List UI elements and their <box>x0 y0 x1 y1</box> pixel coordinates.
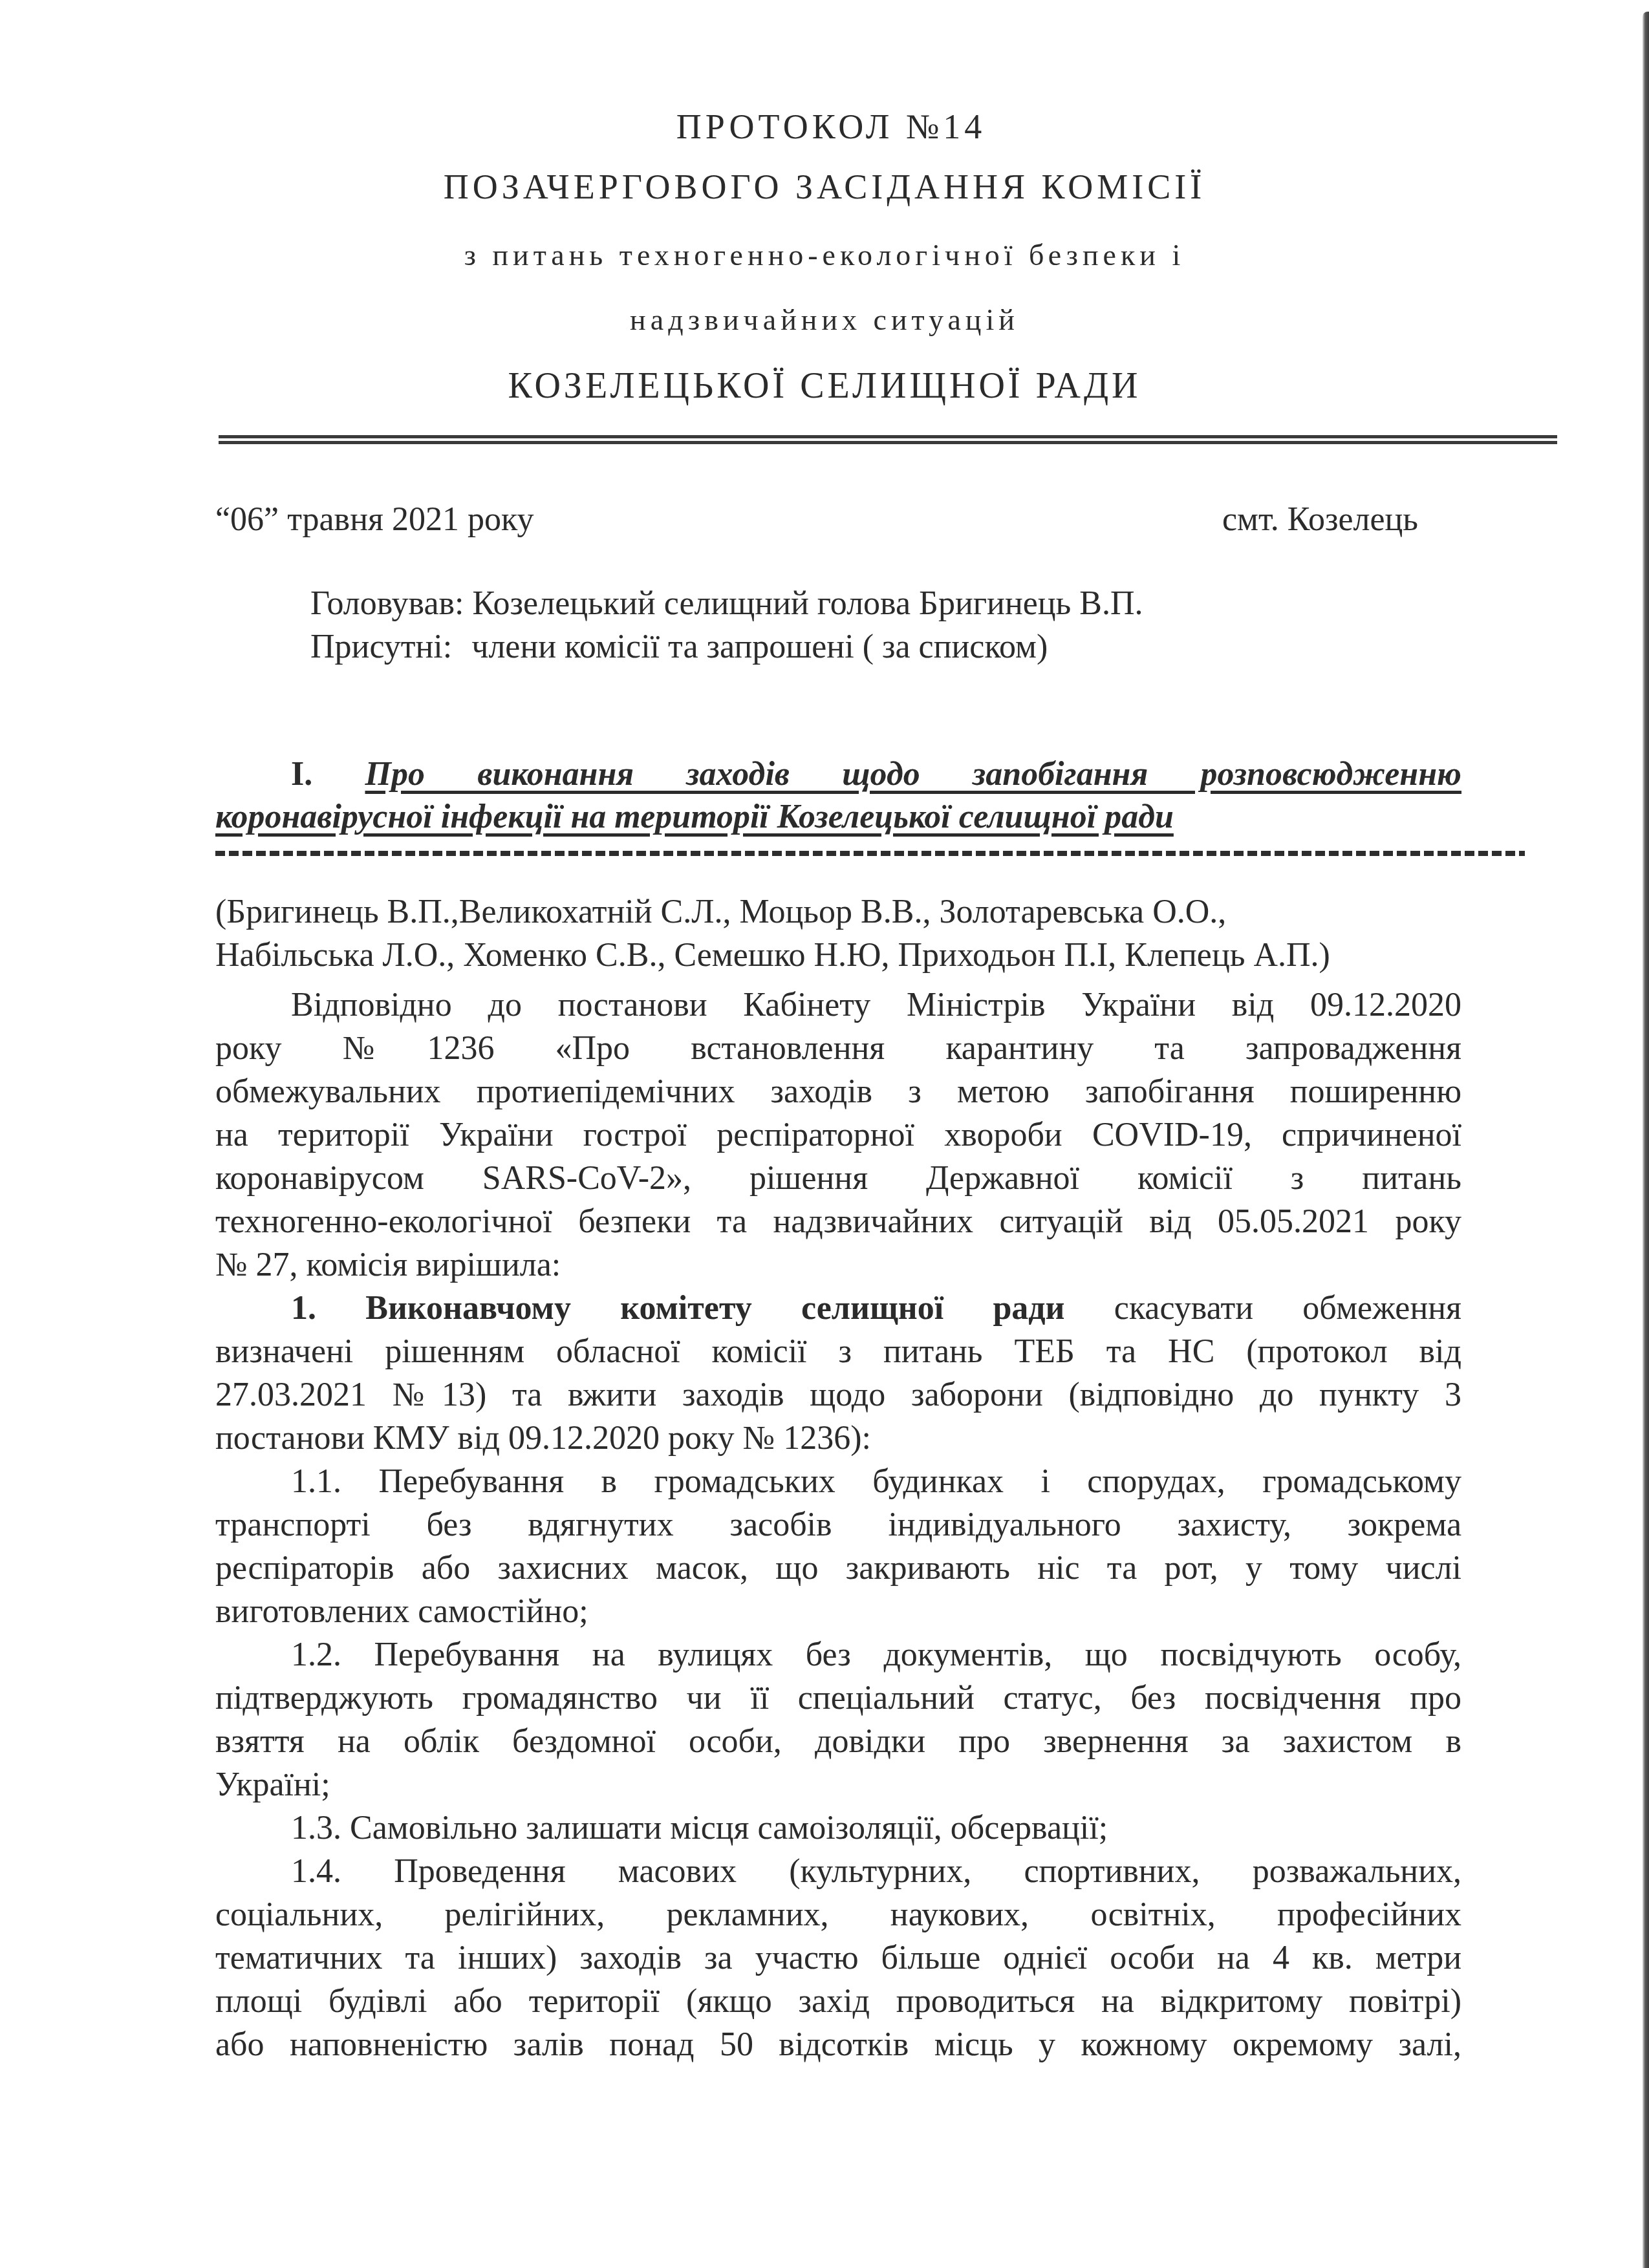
resolution-body: Відповідно до постанови Кабінету Міністр… <box>215 983 1461 2066</box>
intro-line: року №1236 «Про встановлення карантину т… <box>215 1027 1461 1070</box>
item-1-bold-text: Виконавчому комітету селищної ради <box>365 1290 1064 1327</box>
present-label: Присутні: <box>310 628 452 665</box>
item-1-4: 1.4. Проведення масових (культурних, спо… <box>215 1850 1461 2066</box>
dashed-separator <box>215 851 1525 856</box>
section-heading-line1: I. Про виконання заходів щодо запобіганн… <box>215 753 1461 796</box>
intro-line: обмежувальних протиепідемічних заходів з… <box>215 1070 1461 1113</box>
meeting-type: ПОЗАЧЕРГОВОГО ЗАСІДАННЯ КОМІСІЇ <box>0 167 1649 207</box>
speakers-line1: (Бригинець В.П.,Великохатній С.Л., Моцьо… <box>215 890 1461 934</box>
item-1-2-line: 1.2. Перебування на вулицях без документ… <box>215 1633 1461 1676</box>
item-1-1: 1.1. Перебування в громадських будинках … <box>215 1460 1461 1633</box>
chairperson-line: Головував: Козелецький селищний голова Б… <box>310 582 1143 625</box>
item-1: 1. Виконавчому комітету селищної ради ск… <box>215 1287 1461 1460</box>
commission-topic-line1: з питань техногенно-екологічної безпеки … <box>0 238 1649 272</box>
speakers-list: (Бригинець В.П.,Великохатній С.Л., Моцьо… <box>215 890 1461 977</box>
intro-line: Відповідно до постанови Кабінету Міністр… <box>215 983 1461 1027</box>
attendees-line: Присутні:члени комісії та запрошені ( за… <box>310 625 1048 669</box>
commission-topic-line2: надзвичайних ситуацій <box>0 303 1649 337</box>
intro-line: № 27, комісія вирішила: <box>215 1243 1461 1287</box>
section-heading: I. Про виконання заходів щодо запобіганн… <box>215 753 1461 839</box>
section-title-part2: коронавірусної інфекції на території Коз… <box>215 798 1174 835</box>
item-1-line: постанови КМУ від 09.12.2020 року № 1236… <box>215 1417 1461 1460</box>
meeting-place: смт. Козелець <box>1222 498 1418 541</box>
intro-line: на території України гострої респіраторн… <box>215 1113 1461 1157</box>
chair-value: Козелецький селищний голова Бригинець В.… <box>472 585 1143 622</box>
item-1-3: 1.3. Самовільно залишати місця самоізоля… <box>215 1806 1461 1850</box>
item-1-1-line: транспорті без вдягнутих засобів індивід… <box>215 1503 1461 1546</box>
intro-line: коронавірусом SARS-CoV-2», рішення Держа… <box>215 1157 1461 1200</box>
item-1-3-line: 1.3. Самовільно залишати місця самоізоля… <box>215 1806 1461 1850</box>
item-1-line1: 1. Виконавчому комітету селищної ради ск… <box>215 1287 1461 1330</box>
chair-label: Головував: <box>310 585 464 622</box>
item-1-rest: скасувати обмеження <box>1114 1290 1461 1327</box>
present-value: члени комісії та запрошені ( за списком) <box>471 628 1048 665</box>
intro-line: техногенно-екологічної безпеки та надзви… <box>215 1200 1461 1243</box>
item-1-4-line: 1.4. Проведення масових (культурних, спо… <box>215 1850 1461 1893</box>
item-1-line: визначені рішенням обласної комісії з пи… <box>215 1330 1461 1373</box>
item-1-number: 1. <box>291 1290 316 1327</box>
item-1-4-line: соціальних, релігійних, рекламних, науко… <box>215 1893 1461 1936</box>
header-double-rule <box>219 435 1557 449</box>
item-1-1-line: респіраторів або захисних масок, що закр… <box>215 1546 1461 1590</box>
rule-top <box>219 435 1557 438</box>
intro-paragraph: Відповідно до постанови Кабінету Міністр… <box>215 983 1461 1287</box>
speakers-line2: Набільська Л.О., Хоменко С.В., Семешко Н… <box>215 934 1461 977</box>
scanner-edge <box>1643 12 1649 2268</box>
item-1-2: 1.2. Перебування на вулицях без документ… <box>215 1633 1461 1806</box>
rule-bottom <box>219 441 1557 444</box>
item-1-2-line: взяття на облік бездомної особи, довідки… <box>215 1720 1461 1763</box>
item-1-4-line: тематичних та інших) заходів за участю б… <box>215 1936 1461 1980</box>
item-1-4-line: площі будівлі або території (якщо захід … <box>215 1980 1461 2023</box>
meeting-date: “06” травня 2021 року <box>215 498 533 541</box>
section-numeral: I. <box>291 756 312 793</box>
item-1-1-line: виготовлених самостійно; <box>215 1590 1461 1633</box>
item-1-2-line: Україні; <box>215 1763 1461 1806</box>
item-1-4-line: або наповненістю залів понад 50 відсоткі… <box>215 2023 1461 2066</box>
item-1-line: 27.03.2021 №13) та вжити заходів щодо за… <box>215 1373 1461 1417</box>
item-1-2-line: підтверджують громадянство чи її спеціал… <box>215 1676 1461 1720</box>
item-1-1-line: 1.1. Перебування в громадських будинках … <box>215 1460 1461 1503</box>
section-title-part1: Про виконання заходів щодо запобігання р… <box>365 756 1461 793</box>
council-name: КОЗЕЛЕЦЬКОЇ СЕЛИЩНОЇ РАДИ <box>0 365 1649 407</box>
protocol-title: ПРОТОКОЛ №14 <box>6 107 1649 147</box>
section-heading-line2: коронавірусної інфекції на території Коз… <box>215 796 1461 839</box>
